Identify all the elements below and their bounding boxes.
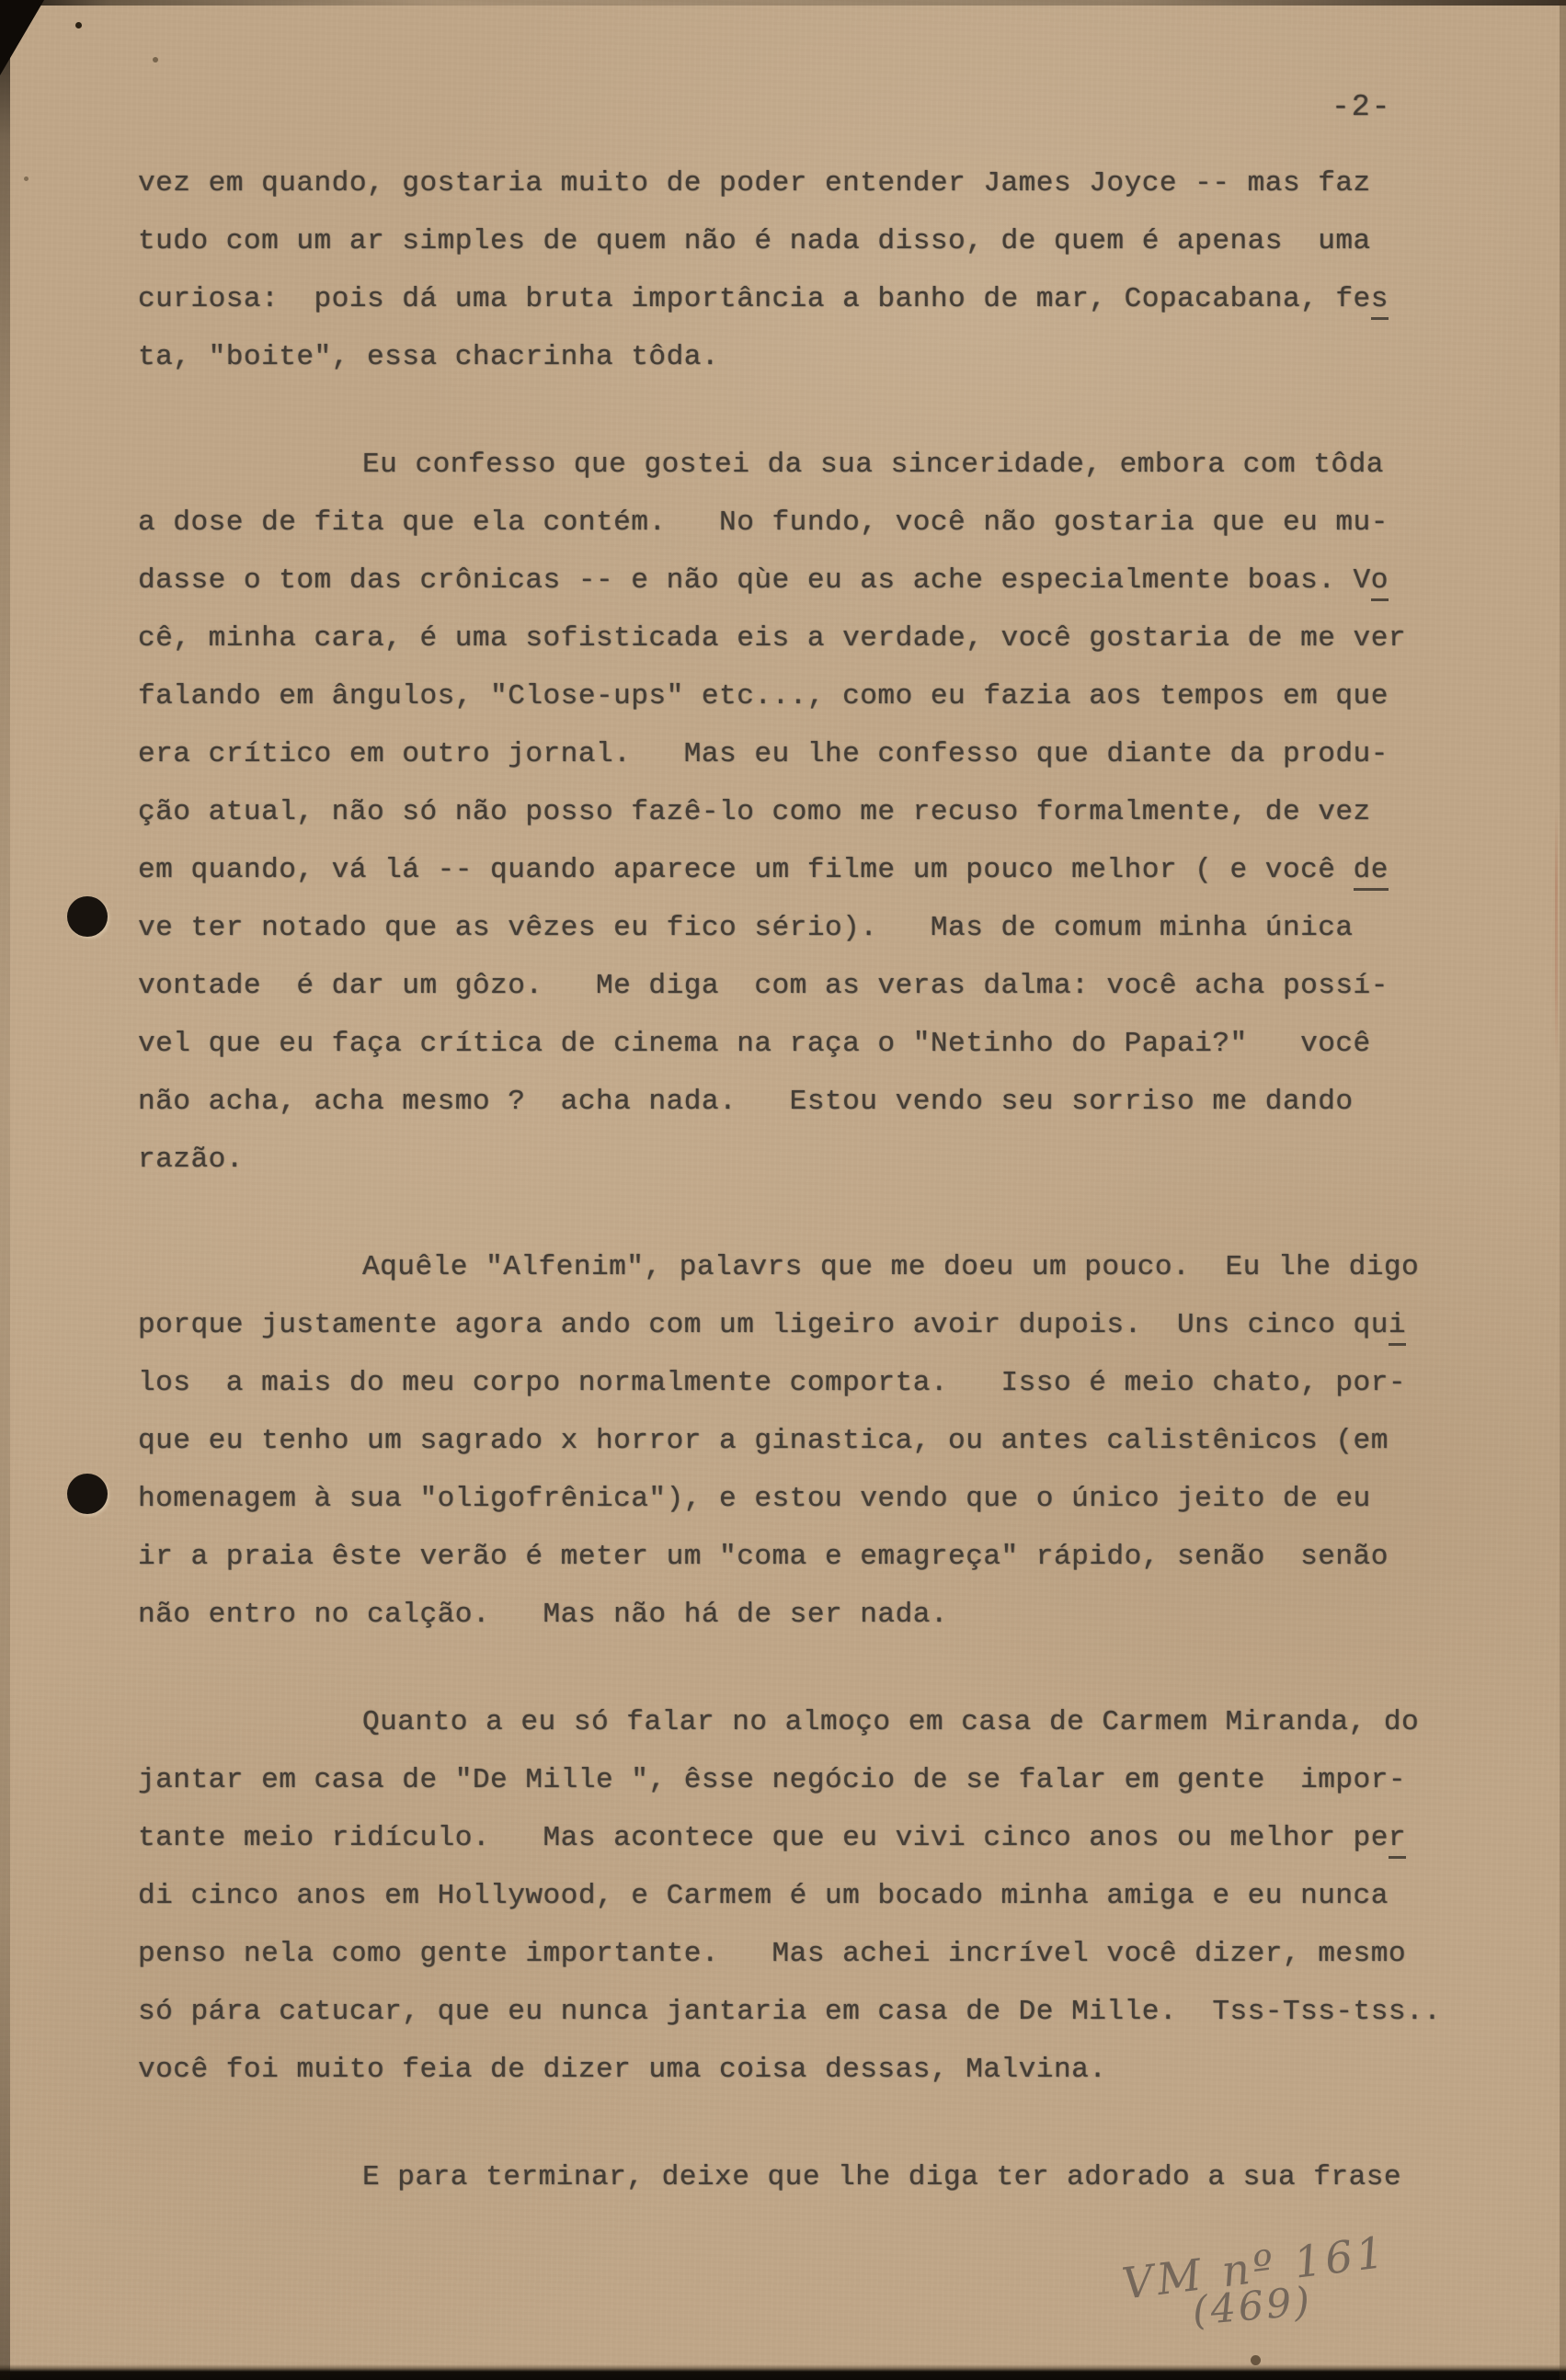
text-line: los a mais do meu corpo normalmente comp… <box>138 1354 1515 1412</box>
continuation-underline: de <box>1354 854 1389 891</box>
text-line: você foi muito feia de dizer uma coisa d… <box>138 2041 1515 2099</box>
paper-speck <box>75 22 82 28</box>
scan-edge-right <box>1560 0 1566 2380</box>
paragraph: Aquêle "Alfenim", palavrs que me doeu um… <box>138 1238 1515 1644</box>
text-line: vel que eu faça crítica de cinema na raç… <box>138 1015 1515 1073</box>
text-line: não entro no calção. Mas não há de ser n… <box>138 1586 1515 1644</box>
hole-punch <box>67 896 108 937</box>
text-line: ve ter notado que as vêzes eu fico sério… <box>138 899 1515 957</box>
paragraph: Eu confesso que gostei da sua sinceridad… <box>138 436 1515 1189</box>
handwritten-annotation: VM nº 161 (469) <box>1119 2227 1394 2347</box>
paper-speck <box>1251 2355 1261 2365</box>
text-line: era crítico em outro jornal. Mas eu lhe … <box>138 725 1515 783</box>
text-line: a dose de fita que ela contém. No fundo,… <box>138 494 1515 552</box>
text-line: Aquêle "Alfenim", palavrs que me doeu um… <box>138 1238 1515 1296</box>
text-line: em quando, vá lá -- quando aparece um fi… <box>138 841 1515 899</box>
text-line: ção atual, não só não posso fazê-lo como… <box>138 783 1515 841</box>
text-line: Eu confesso que gostei da sua sinceridad… <box>138 436 1515 494</box>
text-line: penso nela como gente importante. Mas ac… <box>138 1925 1515 1983</box>
paragraph: vez em quando, gostaria muito de poder e… <box>138 154 1515 386</box>
text-line: falando em ângulos, "Close-ups" etc..., … <box>138 667 1515 725</box>
text-line: Quanto a eu só falar no almoço em casa d… <box>138 1693 1515 1751</box>
text-line: jantar em casa de "De Mille ", êsse negó… <box>138 1751 1515 1809</box>
letter-body: vez em quando, gostaria muito de poder e… <box>138 154 1515 2206</box>
text-line: cê, minha cara, é uma sofisticada eis a … <box>138 609 1515 667</box>
paper-crease <box>1555 809 1558 1066</box>
text-line: não acha, acha mesmo ? acha nada. Estou … <box>138 1073 1515 1131</box>
letter-page: -2- vez em quando, gostaria muito de pod… <box>0 0 1566 2380</box>
text-line: que eu tenho um sagrado x horror a ginas… <box>138 1412 1515 1470</box>
text-line: vez em quando, gostaria muito de poder e… <box>138 154 1515 212</box>
scan-edge-left <box>0 0 10 2380</box>
text-line: ir a praia êste verão é meter um "coma e… <box>138 1528 1515 1586</box>
continuation-underline: o <box>1371 564 1389 601</box>
text-line: só pára catucar, que eu nunca jantaria e… <box>138 1983 1515 2041</box>
text-line: di cinco anos em Hollywood, e Carmem é u… <box>138 1867 1515 1925</box>
text-line: porque justamente agora ando com um lige… <box>138 1296 1515 1354</box>
page-number: -2- <box>1332 90 1391 124</box>
text-line: homenagem à sua "oligofrênica"), e estou… <box>138 1470 1515 1528</box>
scan-edge-bottom <box>0 2364 1566 2380</box>
continuation-underline: s <box>1371 283 1389 320</box>
torn-corner-mark <box>0 0 44 75</box>
text-line: tudo com um ar simples de quem não é nad… <box>138 212 1515 270</box>
text-line: E para terminar, deixe que lhe diga ter … <box>138 2148 1515 2206</box>
text-line: curiosa: pois dá uma bruta importância a… <box>138 270 1515 328</box>
continuation-underline: i <box>1389 1309 1406 1346</box>
text-line: dasse o tom das crônicas -- e não qùe eu… <box>138 552 1515 609</box>
text-line: ta, "boite", essa chacrinha tôda. <box>138 328 1515 386</box>
paragraph: E para terminar, deixe que lhe diga ter … <box>138 2148 1515 2206</box>
text-line: razão. <box>138 1131 1515 1189</box>
text-line: tante meio ridículo. Mas acontece que eu… <box>138 1809 1515 1867</box>
scan-edge-top <box>0 0 1566 6</box>
hole-punch <box>67 1474 108 1514</box>
text-line: vontade é dar um gôzo. Me diga com as ve… <box>138 957 1515 1015</box>
continuation-underline: r <box>1389 1822 1406 1859</box>
paper-speck <box>24 177 29 181</box>
paper-speck <box>153 57 158 63</box>
paragraph: Quanto a eu só falar no almoço em casa d… <box>138 1693 1515 2099</box>
